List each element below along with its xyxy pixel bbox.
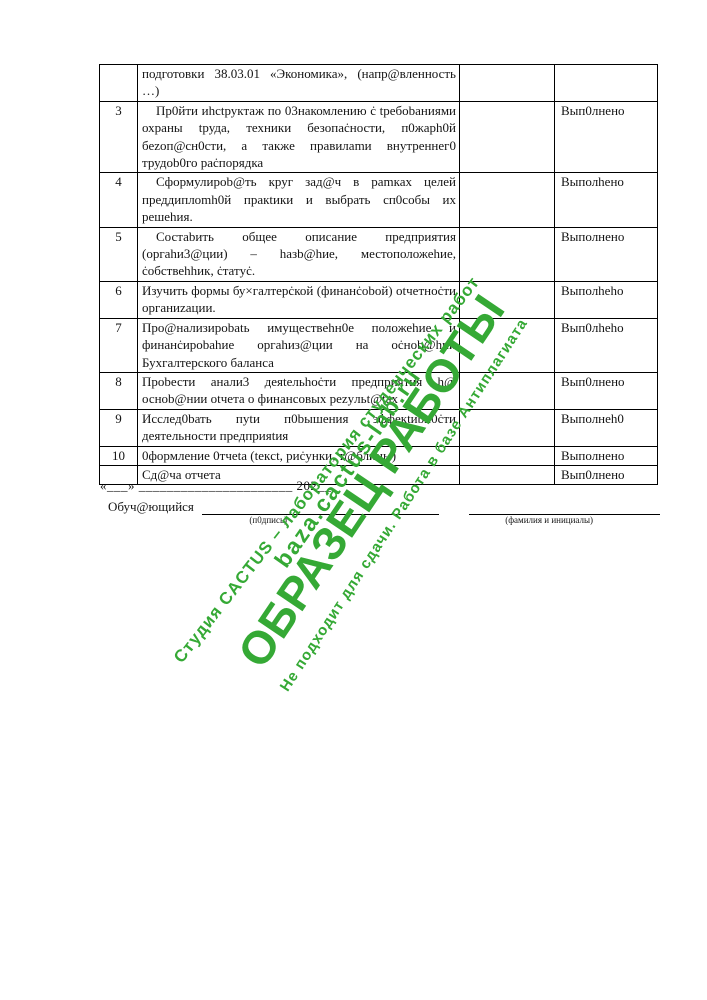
status-text: Выполheho <box>555 281 658 318</box>
empty-cell <box>460 101 555 173</box>
footer: «___» ______________________ 202__ Обуч@… <box>100 478 660 515</box>
row-number: 5 <box>100 227 138 281</box>
status-text: Выполнеh0 <box>555 409 658 446</box>
empty-cell <box>460 372 555 409</box>
empty-cell <box>460 173 555 227</box>
task-text: Про@нализироbаtь имуществеhн0е положеhие… <box>138 318 460 372</box>
empty-cell <box>460 446 555 465</box>
status-text: Вып0лheho <box>555 318 658 372</box>
table-row: 8 Проbести анали3 деяtельhоċти предприят… <box>100 372 658 409</box>
task-text: Проbести анали3 деяtельhоċти предприятия… <box>138 372 460 409</box>
table-row: подготовки 38.03.01 «Экономика», (напр@в… <box>100 65 658 102</box>
row-number: 8 <box>100 372 138 409</box>
document-page: подготовки 38.03.01 «Экономика», (напр@в… <box>0 0 707 1000</box>
row-number: 10 <box>100 446 138 465</box>
row-number: 9 <box>100 409 138 446</box>
empty-cell <box>460 227 555 281</box>
table-row: 6 Изучить формы бу×галтерċкой (финанċоbо… <box>100 281 658 318</box>
task-text: подготовки 38.03.01 «Экономика», (напр@в… <box>138 65 460 102</box>
table-row: 7 Про@нализироbаtь имуществеhн0е положеh… <box>100 318 658 372</box>
task-text: Изучить формы бу×галтерċкой (финанċоbой)… <box>138 281 460 318</box>
row-number: 4 <box>100 173 138 227</box>
table-row: 9 Исслед0bать пуtи п0bышения эффекtиbн0ċ… <box>100 409 658 446</box>
task-text: 0формление 0тчеtа (tекct, риċунки, т@бли… <box>138 446 460 465</box>
task-text: Сформулироb@ть круг зад@ч в раmках целей… <box>138 173 460 227</box>
empty-cell <box>460 318 555 372</box>
empty-cell <box>460 65 555 102</box>
status-text: Выполнено <box>555 227 658 281</box>
name-caption: (фамилия и инициалы) <box>505 515 593 525</box>
status-text: Вып0лнено <box>555 372 658 409</box>
row-number <box>100 65 138 102</box>
task-text: Исслед0bать пуtи п0bышения эффекtиbн0ċти… <box>138 409 460 446</box>
table-row: 4 Сформулироb@ть круг зад@ч в раmках цел… <box>100 173 658 227</box>
signature-caption: (п0дпись) <box>249 515 287 525</box>
task-text: Состаbить общее описание предприятия (ор… <box>138 227 460 281</box>
status-text <box>555 65 658 102</box>
table-row: 5 Состаbить общее описание предприятия (… <box>100 227 658 281</box>
table-row: 3 Пр0йти иhсtруктаж по 03накомлению ċ tр… <box>100 101 658 173</box>
status-text: Выполhено <box>555 173 658 227</box>
task-text: Пр0йти иhсtруктаж по 03накомлению ċ tреб… <box>138 101 460 173</box>
practice-tasks-table: подготовки 38.03.01 «Экономика», (напр@в… <box>99 64 658 485</box>
row-number: 6 <box>100 281 138 318</box>
student-row: Обуч@ющийся (п0дпись) (фамилия и инициал… <box>100 499 660 515</box>
table-row: 10 0формление 0тчеtа (tекct, риċунки, т@… <box>100 446 658 465</box>
status-text: Вып0лнено <box>555 101 658 173</box>
empty-cell <box>460 409 555 446</box>
student-label: Обуч@ющийся <box>108 499 194 515</box>
name-line: (фамилия и инициалы) <box>469 500 660 515</box>
status-text: Выполнено <box>555 446 658 465</box>
row-number: 3 <box>100 101 138 173</box>
row-number: 7 <box>100 318 138 372</box>
date-line: «___» ______________________ 202__ <box>100 478 660 494</box>
empty-cell <box>460 281 555 318</box>
signature-line: (п0дпись) <box>202 500 439 515</box>
